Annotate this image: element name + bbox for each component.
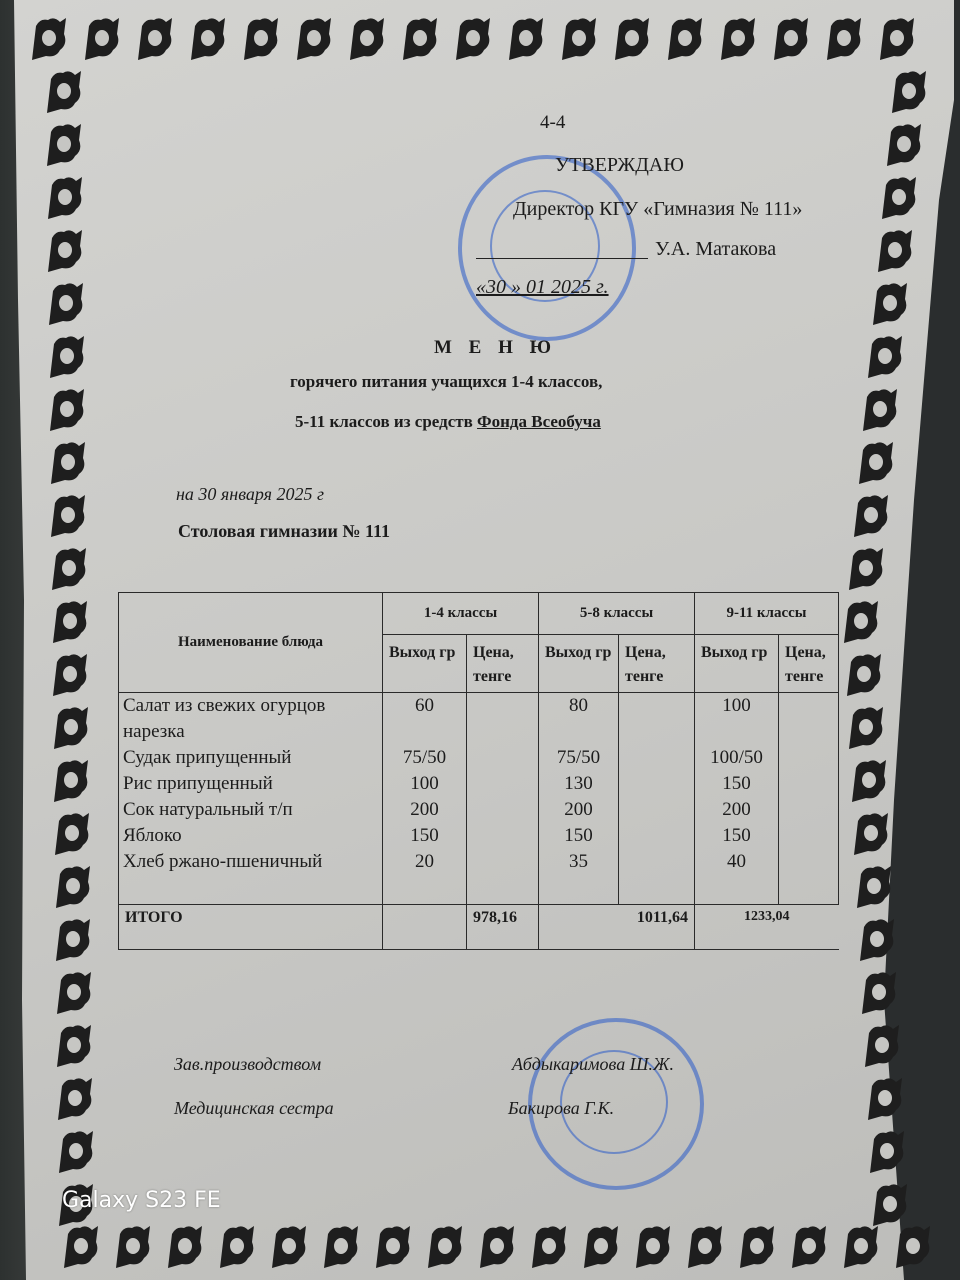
output-column-9-11: 100100/5015020015040	[695, 693, 779, 905]
ornament-icon	[48, 703, 92, 753]
ornament-icon	[843, 544, 887, 594]
ornament-icon	[662, 14, 706, 64]
ornament-icon	[49, 809, 93, 859]
ornament-icon	[734, 1222, 778, 1272]
camera-watermark: Galaxy S23 FE	[62, 1188, 221, 1213]
ornament-icon	[821, 14, 865, 64]
dish-list: Салат из свежих огурцов нарезкаСудак при…	[119, 693, 383, 905]
output-value: 200	[695, 797, 778, 823]
ornament-icon	[50, 862, 94, 912]
output-value	[383, 719, 466, 745]
price-column-5-8	[619, 693, 695, 905]
ornament-icon	[867, 1180, 911, 1230]
ornament-icon	[867, 279, 911, 329]
output-value: 130	[539, 771, 618, 797]
price-header: Цена, тенге	[467, 635, 539, 693]
output-value	[695, 719, 778, 745]
ornament-icon	[42, 173, 86, 223]
output-value: 150	[695, 771, 778, 797]
ornament-icon	[854, 915, 898, 965]
ornament-icon	[45, 491, 89, 541]
ornament-icon	[630, 1222, 674, 1272]
total-label: ИТОГО	[119, 905, 383, 950]
ornament-icon	[874, 14, 918, 64]
ornament-icon	[50, 915, 94, 965]
output-value: 200	[539, 797, 618, 823]
ornament-icon	[132, 14, 176, 64]
menu-table: Наименование блюда 1-4 классы 5-8 классы…	[118, 592, 839, 950]
signature-name-2: Бакирова Г.К.	[508, 1098, 614, 1119]
ornament-icon	[185, 14, 229, 64]
group-header-5-8: 5-8 классы	[539, 593, 695, 635]
total-1-4: 978,16	[467, 905, 539, 950]
output-value: 150	[539, 823, 618, 849]
ornament-icon	[41, 120, 85, 170]
output-value: 100	[383, 771, 466, 797]
ornament-icon	[48, 756, 92, 806]
signature-role-2: Медицинская сестра	[174, 1098, 334, 1119]
signature-name-1: Абдыкаримова Ш.Ж.	[512, 1054, 674, 1075]
ornament-icon	[162, 1222, 206, 1272]
total-empty	[383, 905, 467, 950]
menu-title: М Е Н Ю	[434, 337, 557, 359]
dish-item: Салат из свежих огурцов нарезка	[123, 693, 373, 745]
ornament-icon	[110, 1222, 154, 1272]
price-column-1-4	[467, 693, 539, 905]
price-header: Цена, тенге	[619, 635, 695, 693]
signature-role-1: Зав.производством	[174, 1054, 321, 1075]
subtitle-text: 5-11 классов из средств	[295, 412, 477, 431]
ornament-icon	[846, 756, 890, 806]
output-value: 100/50	[695, 745, 778, 771]
ornament-icon	[291, 14, 335, 64]
ornament-icon	[556, 14, 600, 64]
ornament-icon	[41, 67, 85, 117]
ornament-icon	[422, 1222, 466, 1272]
output-value: 150	[383, 823, 466, 849]
ornament-icon	[47, 650, 91, 700]
ornament-icon	[886, 67, 930, 117]
output-value: 75/50	[539, 745, 618, 771]
dish-item: Сок натуральный т/п	[123, 797, 378, 823]
ornament-icon	[43, 279, 87, 329]
dish-item: Хлеб ржано-пшеничный	[123, 849, 373, 875]
ornament-icon	[862, 332, 906, 382]
output-value: 40	[695, 849, 778, 875]
ornament-icon	[46, 544, 90, 594]
ornament-icon	[881, 120, 925, 170]
ornament-icon	[843, 703, 887, 753]
ornament-icon	[51, 968, 95, 1018]
ornament-icon	[503, 14, 547, 64]
ornament-icon	[214, 1222, 258, 1272]
ornament-icon	[715, 14, 759, 64]
ornament-icon	[44, 385, 88, 435]
ornament-icon	[578, 1222, 622, 1272]
dish-item: Судак припущенный	[123, 745, 378, 771]
ornament-icon	[44, 332, 88, 382]
ornament-icon	[864, 1127, 908, 1177]
ornament-icon	[238, 14, 282, 64]
approval-position: Директор КГУ «Гимназия № 111»	[513, 198, 802, 221]
ornament-icon	[872, 226, 916, 276]
approval-date: «30 » 01 2025 г.	[476, 276, 609, 299]
dish-name-header: Наименование блюда	[119, 593, 383, 693]
dish-item: Рис припущенный	[123, 771, 378, 797]
output-value: 60	[383, 693, 466, 719]
menu-subtitle-2: 5-11 классов из средств Фонда Всеобуча	[295, 412, 601, 432]
approval-name: У.А. Матакова	[655, 238, 776, 261]
ornament-icon	[397, 14, 441, 64]
ornament-icon	[838, 597, 882, 647]
output-column-5-8: 8075/5013020015035	[539, 693, 619, 905]
ornament-icon	[318, 1222, 362, 1272]
output-value: 80	[539, 693, 618, 719]
group-header-9-11: 9-11 классы	[695, 593, 839, 635]
ornament-icon	[851, 862, 895, 912]
menu-date: на 30 января 2025 г	[176, 484, 324, 505]
ornament-icon	[862, 1074, 906, 1124]
ornament-icon	[266, 1222, 310, 1272]
ornament-icon	[609, 14, 653, 64]
fund-name: Фонда Всеобуча	[477, 412, 601, 431]
output-value: 150	[695, 823, 778, 849]
total-9-11: 1233,04	[695, 905, 839, 950]
output-header: Выход гр	[539, 635, 619, 693]
ornament-icon	[474, 1222, 518, 1272]
canteen-name: Столовая гимназии № 111	[178, 521, 390, 542]
ornament-icon	[856, 968, 900, 1018]
output-column-1-4: 6075/5010020015020	[383, 693, 467, 905]
ornament-icon	[52, 1074, 96, 1124]
page-number: 4-4	[540, 112, 565, 134]
ornament-icon	[79, 14, 123, 64]
output-value: 20	[383, 849, 466, 875]
output-value: 200	[383, 797, 466, 823]
ornament-icon	[682, 1222, 726, 1272]
ornament-icon	[786, 1222, 830, 1272]
output-value	[539, 719, 618, 745]
ornament-icon	[53, 1127, 97, 1177]
signature-line	[476, 258, 648, 259]
menu-subtitle-1: горячего питания учащихся 1-4 классов,	[290, 372, 602, 392]
ornament-icon	[344, 14, 388, 64]
ornament-icon	[841, 650, 885, 700]
price-header: Цена, тенге	[779, 635, 839, 693]
ornament-icon	[859, 1021, 903, 1071]
output-value: 75/50	[383, 745, 466, 771]
ornament-icon	[876, 173, 920, 223]
ornament-icon	[45, 438, 89, 488]
ornament-icon	[26, 14, 70, 64]
ornament-icon	[450, 14, 494, 64]
dish-item: Яблоко	[123, 823, 378, 849]
ornament-icon	[370, 1222, 414, 1272]
output-header: Выход гр	[383, 635, 467, 693]
total-5-8: 1011,64	[539, 905, 695, 950]
ornament-icon	[848, 809, 892, 859]
output-value: 35	[539, 849, 618, 875]
ornament-icon	[51, 1021, 95, 1071]
ornament-icon	[47, 597, 91, 647]
output-value: 100	[695, 693, 778, 719]
group-header-1-4: 1-4 классы	[383, 593, 539, 635]
ornament-icon	[42, 226, 86, 276]
output-header: Выход гр	[695, 635, 779, 693]
ornament-icon	[853, 438, 897, 488]
ornament-icon	[848, 491, 892, 541]
ornament-icon	[857, 385, 901, 435]
price-column-9-11	[779, 693, 839, 905]
approval-heading: УТВЕРЖДАЮ	[555, 154, 684, 177]
ornament-icon	[768, 14, 812, 64]
ornament-icon	[526, 1222, 570, 1272]
